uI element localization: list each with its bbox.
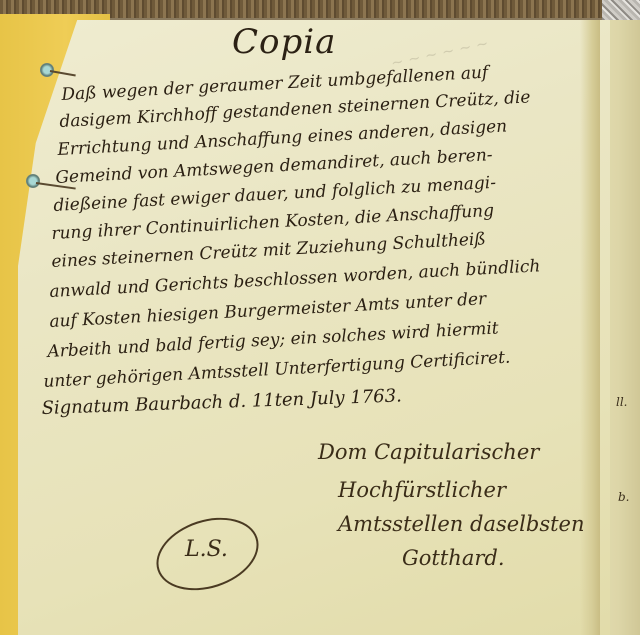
- binding-ring-icon: [26, 174, 40, 188]
- signature-line: Hochfürstlicher: [338, 478, 506, 502]
- seal-mark-text: L.S.: [185, 537, 228, 562]
- signature-line: Dom Capitularischer: [318, 440, 539, 464]
- signature-name: Gotthard.: [402, 546, 505, 570]
- document-title: Copia: [232, 22, 336, 62]
- page-edge-shadow: [580, 20, 600, 635]
- signature-line: Amtsstellen daselbsten: [338, 512, 585, 536]
